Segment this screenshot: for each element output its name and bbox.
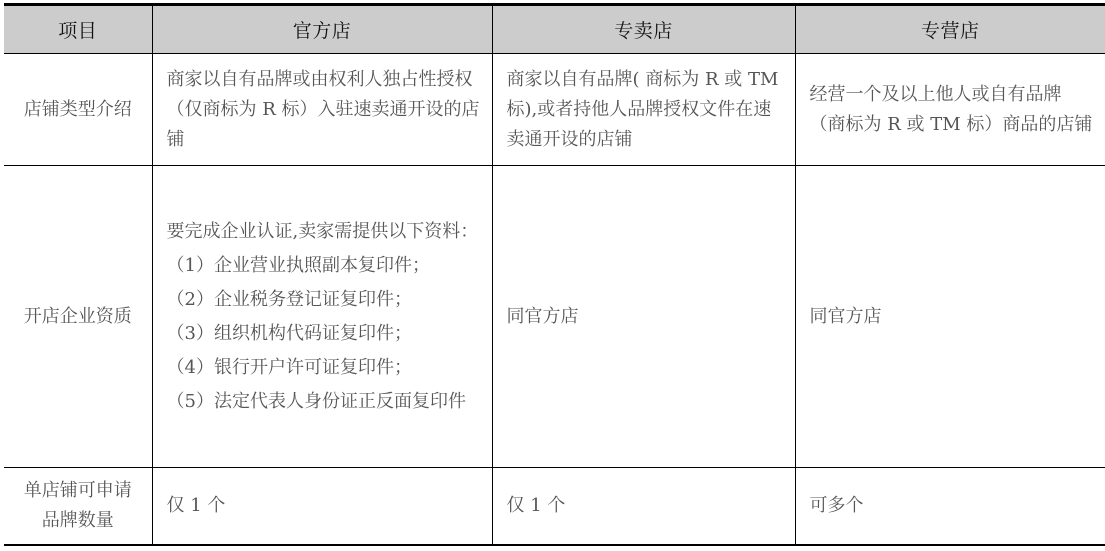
- cell-specialty-intro: 经营一个及以上他人或自有品牌（商标为 R 或 TM 标）商品的店铺: [795, 54, 1105, 166]
- table-row-store-type-intro: 店铺类型介绍 商家以自有品牌或由权利人独占性授权（仅商标为 R 标）入驻速卖通开…: [4, 54, 1105, 166]
- row-label-enterprise-qualification: 开店企业资质: [4, 166, 152, 468]
- cell-official-brand-count: 仅 1 个: [152, 468, 492, 545]
- qualification-item-4: （4）银行开户许可证复印件；: [167, 353, 480, 382]
- header-official-store: 官方店: [152, 5, 492, 54]
- header-item: 项目: [4, 5, 152, 54]
- cell-exclusive-intro: 商家以自有品牌( 商标为 R 或 TM 标),或者持他人品牌授权文件在速卖通开设…: [492, 54, 795, 166]
- table-body: 店铺类型介绍 商家以自有品牌或由权利人独占性授权（仅商标为 R 标）入驻速卖通开…: [4, 54, 1105, 545]
- row-label-brand-count: 单店铺可申请品牌数量: [4, 468, 152, 545]
- cell-exclusive-brand-count: 仅 1 个: [492, 468, 795, 545]
- qualification-item-5: （5）法定代表人身份证正反面复印件: [167, 387, 480, 416]
- row-label-store-type-intro: 店铺类型介绍: [4, 54, 152, 166]
- cell-exclusive-qualification: 同官方店: [492, 166, 795, 468]
- header-specialty-store: 专营店: [795, 5, 1105, 54]
- cell-specialty-brand-count: 可多个: [795, 468, 1105, 545]
- table-row-enterprise-qualification: 开店企业资质 要完成企业认证,卖家需提供以下资料： （1）企业营业执照副本复印件…: [4, 166, 1105, 468]
- qualification-intro: 要完成企业认证,卖家需提供以下资料：: [167, 217, 480, 246]
- cell-specialty-qualification: 同官方店: [795, 166, 1105, 468]
- qualification-item-2: （2）企业税务登记证复印件；: [167, 285, 480, 314]
- qualification-item-1: （1）企业营业执照副本复印件；: [167, 251, 480, 280]
- cell-official-intro: 商家以自有品牌或由权利人独占性授权（仅商标为 R 标）入驻速卖通开设的店铺: [152, 54, 492, 166]
- qualification-item-3: （3）组织机构代码证复印件；: [167, 319, 480, 348]
- store-type-comparison-table: 项目 官方店 专卖店 专营店 店铺类型介绍 商家以自有品牌或由权利人独占性授权（…: [4, 3, 1105, 546]
- table-header: 项目 官方店 专卖店 专营店: [4, 5, 1105, 54]
- cell-official-qualification: 要完成企业认证,卖家需提供以下资料： （1）企业营业执照副本复印件； （2）企业…: [152, 166, 492, 468]
- header-exclusive-store: 专卖店: [492, 5, 795, 54]
- header-row: 项目 官方店 专卖店 专营店: [4, 5, 1105, 54]
- table-row-brand-count: 单店铺可申请品牌数量 仅 1 个 仅 1 个 可多个: [4, 468, 1105, 545]
